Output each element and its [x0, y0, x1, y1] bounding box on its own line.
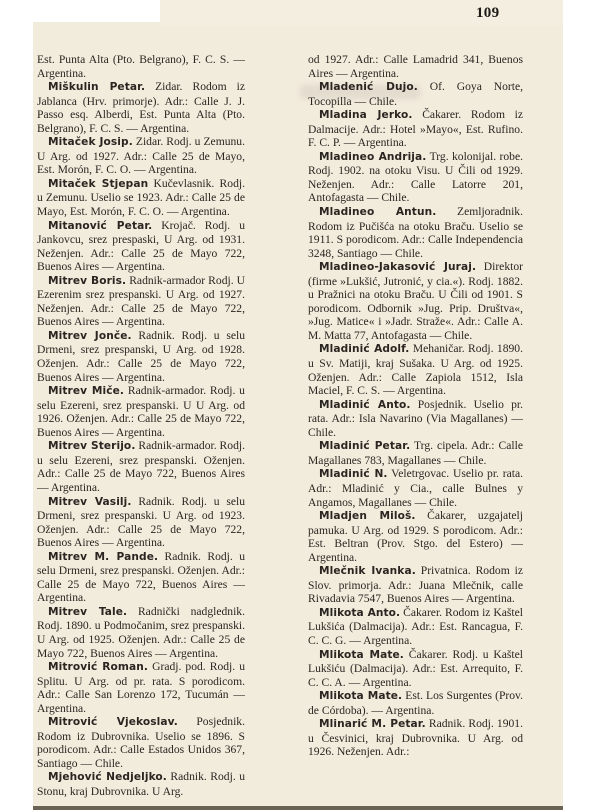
directory-entry: Mitrović Roman. Gradj. pod. Rodj. u Spli…	[37, 660, 245, 715]
directory-entry: Mlečnik Ivanka. Privatnica. Rodom iz Slo…	[308, 564, 523, 606]
entry-name: Mitrev Tale.	[48, 606, 127, 618]
page-number: 109	[476, 5, 499, 22]
entry-name: Mitaček Stjepan	[48, 178, 148, 190]
entry-name: Mitanović Petar.	[48, 220, 152, 232]
entry-name: Mlikota Mate.	[319, 649, 404, 661]
directory-entry: Miškulin Petar. Zidar. Rodom iz Jablanca…	[37, 80, 245, 135]
entry-text: Est. Punta Alta (Pto. Belgrano), F. C. S…	[37, 53, 245, 80]
entry-name: Mladinić N.	[319, 468, 388, 480]
directory-entry: Mladineo Andrija. Trg. kolonijal. robe. …	[308, 150, 523, 205]
directory-entry: Mitrev Tale. Radnički nadglednik. Rodj. …	[37, 605, 245, 660]
directory-entry: Mladinić Adolf. Mehaničar. Rodj. 1890. u…	[308, 342, 523, 397]
directory-entry: Mladjen Miloš. Čakarer, uzgajatelj pamuk…	[308, 509, 523, 564]
entry-name: Mitrev Sterijo.	[48, 440, 135, 452]
entry-name: Mladineo Andrija.	[319, 151, 426, 163]
directory-entry: Mlikota Anto. Čakarer. Rodom iz Kaštel L…	[308, 606, 523, 648]
entry-name: Mitrev Jonče.	[48, 330, 132, 342]
directory-entry: Est. Punta Alta (Pto. Belgrano), F. C. S…	[37, 53, 245, 80]
entry-name: Mladinić Anto.	[319, 399, 411, 411]
directory-entry: Mitrev Jonče. Radnik. Rodj. u selu Drmen…	[37, 329, 245, 384]
directory-entry: Mladinić N. Veletrgovac. Uselio pr. rata…	[308, 467, 523, 509]
entry-name: Mlikota Mate.	[319, 690, 402, 702]
entry-name: Mitrev Boris.	[48, 275, 126, 287]
entry-name: Mlikota Anto.	[319, 607, 400, 619]
directory-entry: Mladineo Antun. Zemljoradnik. Rodom iz P…	[308, 205, 523, 260]
directory-entry: Mjehović Nedjeljko. Radnik. Rodj. u Ston…	[37, 770, 245, 798]
entry-name: Mitrev M. Pande.	[48, 551, 158, 563]
directory-entry: Mitrev Vasilj. Radnik. Rodj. u selu Drme…	[37, 495, 245, 550]
page-top-margin	[160, 0, 563, 26]
entry-text: od 1927. Adr.: Calle Lamadrid 341, Bueno…	[308, 53, 523, 80]
entry-name: Mitaček Josip.	[48, 136, 133, 148]
directory-entry: Mitaček Josip. Zidar. Rodj. u Zemunu. U …	[37, 135, 245, 177]
directory-entry: Mladinić Anto. Posjednik. Uselio pr. rat…	[308, 398, 523, 440]
entry-name: Mitrović Vjekoslav.	[48, 716, 178, 728]
directory-entry: Mitrev Sterijo. Radnik-armador. Rodj. u …	[37, 439, 245, 494]
directory-entry: Mladenić Dujo. Of. Goya Norte, Tocopilla…	[308, 80, 523, 108]
entry-name: Mlečnik Ivanka.	[319, 565, 416, 577]
entry-name: Mladineo Antun.	[319, 206, 436, 218]
directory-entry: Mitrev Miče. Radnik-armador. Rodj. u sel…	[37, 384, 245, 439]
directory-entry: Mitrović Vjekoslav. Posjednik. Rodom iz …	[37, 715, 245, 770]
directory-entry: Mlikota Mate. Est. Los Surgentes (Prov. …	[308, 689, 523, 717]
entry-name: Mitrev Vasilj.	[48, 496, 132, 508]
directory-entry: Mladineo-Jakasović Juraj. Direktor (firm…	[308, 260, 523, 342]
directory-entry: Mitaček Stjepan Kučevlasnik. Rodj. u Zem…	[37, 177, 245, 219]
entry-name: Miškulin Petar.	[48, 81, 145, 93]
entry-name: Mitrev Miče.	[48, 385, 124, 397]
entry-name: Mlinarić M. Petar.	[319, 718, 426, 730]
directory-entry: Mitrev M. Pande. Radnik. Rodj. u selu Dr…	[37, 550, 245, 605]
entry-name: Mjehović Nedjeljko.	[48, 771, 167, 783]
left-column: Est. Punta Alta (Pto. Belgrano), F. C. S…	[37, 53, 245, 799]
directory-entry: Mitrev Boris. Radnik-armador Rodj. U Eze…	[37, 274, 245, 329]
entry-name: Mladjen Miloš.	[319, 510, 416, 522]
directory-entry: Mladina Jerko. Čakarer. Rodom iz Dalmaci…	[308, 108, 523, 150]
entry-name: Mladinić Petar.	[319, 440, 410, 452]
entry-name: Mladinić Adolf.	[319, 343, 409, 355]
entry-name: Mladenić Dujo.	[319, 81, 418, 93]
right-column: od 1927. Adr.: Calle Lamadrid 341, Bueno…	[308, 53, 523, 759]
entry-name: Mladineo-Jakasović Juraj.	[319, 261, 476, 273]
entry-name: Mladina Jerko.	[319, 109, 413, 121]
entry-name: Mitrović Roman.	[48, 661, 148, 673]
directory-entry: Mladinić Petar. Trg. cipela. Adr.: Calle…	[308, 439, 523, 467]
directory-entry: Mlikota Mate. Čakarer. Rodj. u Kaštel Lu…	[308, 648, 523, 690]
directory-entry: Mlinarić M. Petar. Radnik. Rodj. 1901. u…	[308, 717, 523, 759]
directory-entry: od 1927. Adr.: Calle Lamadrid 341, Bueno…	[308, 53, 523, 80]
directory-entry: Mitanović Petar. Krojač. Rodj. u Jankovc…	[37, 219, 245, 274]
